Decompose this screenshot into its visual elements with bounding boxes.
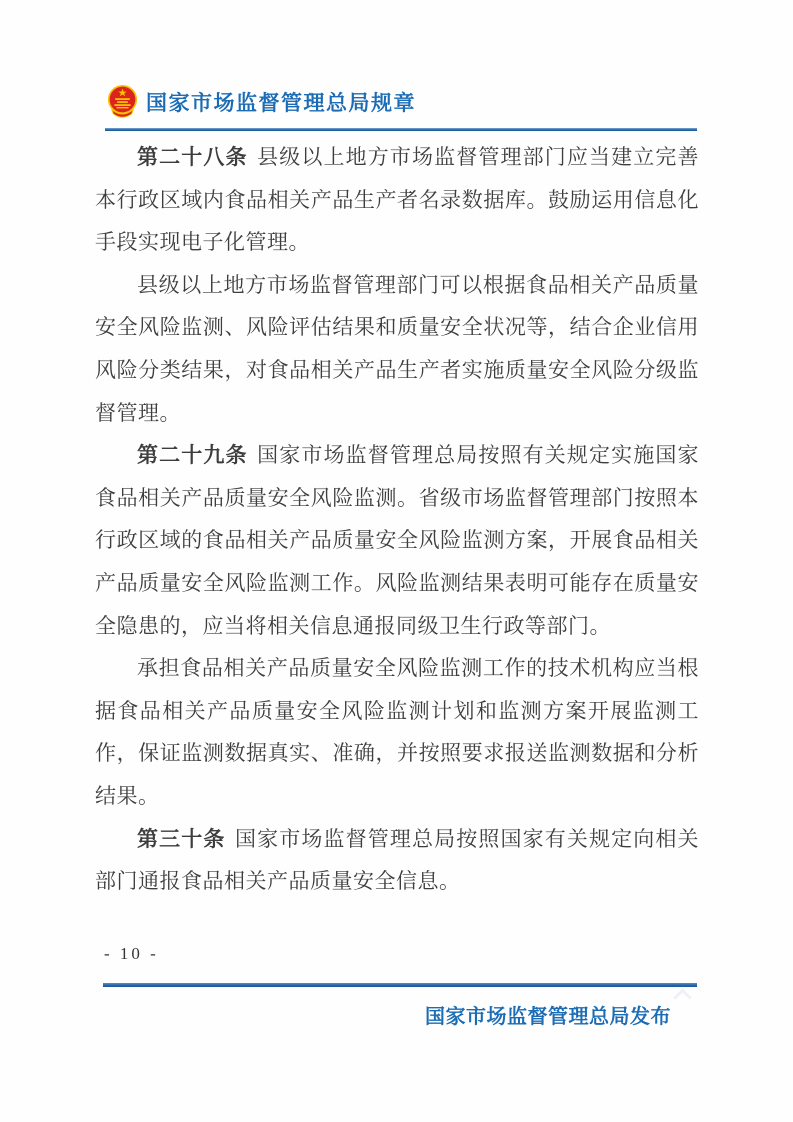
chevron-up-icon [674,988,690,1004]
paragraph-article-29: 第二十九条国家市场监督管理总局按照有关规定实施国家食品相关产品质量安全风险监测。… [95,434,699,647]
article-number: 第三十条 [137,827,226,851]
page-number: - 10 - [104,944,159,964]
document-body: 第二十八条县级以上地方市场监督管理部门应当建立完善本行政区域内食品相关产品生产者… [95,136,699,903]
paragraph-text: 国家市场监督管理总局按照有关规定实施国家食品相关产品质量安全风险监测。省级市场监… [95,443,699,637]
paragraph-article-30: 第三十条国家市场监督管理总局按照国家有关规定向相关部门通报食品相关产品质量安全信… [95,818,699,903]
publisher-line: 国家市场监督管理总局发布 [103,1000,671,1029]
header-divider-rule [105,128,697,131]
paragraph: 承担食品相关产品质量安全风险监测工作的技术机构应当根据食品相关产品质量安全风险监… [95,647,699,817]
paragraph-article-28: 第二十八条县级以上地方市场监督管理部门应当建立完善本行政区域内食品相关产品生产者… [95,136,699,264]
paragraph-text: 县级以上地方市场监督管理部门可以根据食品相关产品质量安全风险监测、风险评估结果和… [95,273,699,425]
paragraph: 县级以上地方市场监督管理部门可以根据食品相关产品质量安全风险监测、风险评估结果和… [95,264,699,434]
paragraph-text: 承担食品相关产品质量安全风险监测工作的技术机构应当根据食品相关产品质量安全风险监… [95,656,699,808]
article-number: 第二十九条 [137,443,248,467]
footer-divider-rule [103,983,697,987]
article-number: 第二十八条 [137,145,248,169]
document-header: 国家市场监督管理总局规章 [106,84,416,119]
document-header-title: 国家市场监督管理总局规章 [146,87,416,117]
document-page: 国家市场监督管理总局规章 第二十八条县级以上地方市场监督管理部门应当建立完善本行… [0,0,793,1122]
national-emblem-icon [106,84,139,119]
